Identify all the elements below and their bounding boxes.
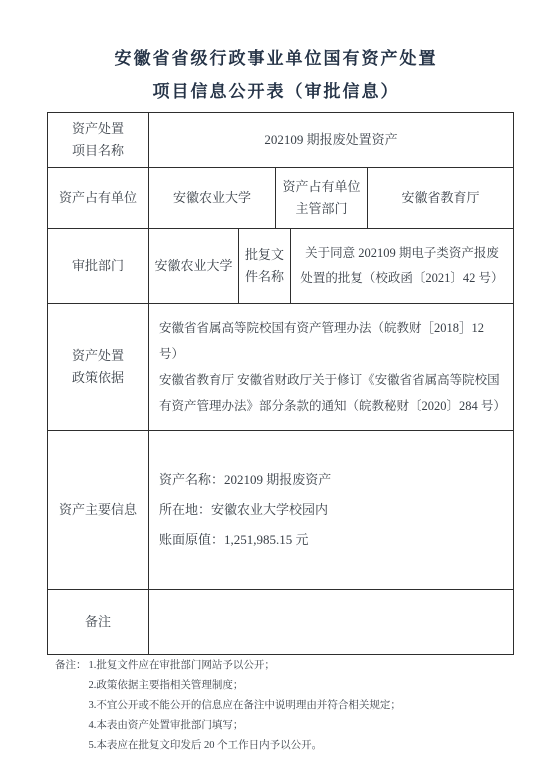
table-row-asset-info: 资产主要信息 资产名称：202109 期报废资产 所在地：安徽农业大学校园内 账…: [48, 431, 514, 590]
footnote-item: 4.本表由资产处置审批部门填写；: [89, 716, 401, 736]
disclosure-table: 资产处置 项目名称 202109 期报废处置资产 资产占有单位 安徽农业大学 资…: [47, 112, 514, 655]
holding-unit-label: 资产占有单位: [48, 168, 149, 229]
table-row-project-name: 资产处置 项目名称 202109 期报废处置资产: [48, 113, 514, 168]
remarks-label: 备注: [48, 590, 149, 655]
supervising-dept-value: 安徽省教育厅: [368, 168, 514, 229]
asset-info-value: 资产名称：202109 期报废资产 所在地：安徽农业大学校园内 账面原值：1,2…: [149, 431, 514, 590]
footnote-item: 1.批复文件应在审批部门网站予以公开；: [89, 656, 401, 676]
table-row-holding-unit: 资产占有单位 安徽农业大学 资产占有单位 主管部门 安徽省教育厅: [48, 168, 514, 229]
supervising-dept-label: 资产占有单位 主管部门: [276, 168, 368, 229]
policy-basis-value: 安徽省省属高等院校国有资产管理办法（皖教财［2018］12 号） 安徽省教育厅 …: [149, 304, 514, 431]
asset-location-line: 所在地：安徽农业大学校园内: [159, 503, 328, 517]
document-title: 安徽省省级行政事业单位国有资产处置 项目信息公开表（审批信息）: [0, 0, 552, 108]
document-title-line1: 安徽省省级行政事业单位国有资产处置: [0, 42, 552, 75]
table-row-remarks: 备注: [48, 590, 514, 655]
footnote-item: 2.政策依据主要指相关管理制度；: [89, 676, 401, 696]
remarks-value: [149, 590, 514, 655]
table-row-approval: 审批部门 安徽农业大学 批复文 件名称 关于同意 202109 期电子类资产报废…: [48, 229, 514, 304]
footnotes-label: 备注：: [55, 656, 89, 756]
asset-info-label: 资产主要信息: [48, 431, 149, 590]
asset-book-value-line: 账面原值：1,251,985.15 元: [159, 533, 309, 547]
footnote-item: 5.本表应在批复文印发后 20 个工作日内予以公开。: [89, 736, 401, 756]
holding-unit-value: 安徽农业大学: [149, 168, 276, 229]
project-name-label: 资产处置 项目名称: [48, 113, 149, 168]
approval-dept-label: 审批部门: [48, 229, 149, 304]
asset-name-line: 资产名称：202109 期报废资产: [159, 473, 331, 487]
footnotes-list: 1.批复文件应在审批部门网站予以公开； 2.政策依据主要指相关管理制度； 3.不…: [89, 656, 401, 756]
project-name-value: 202109 期报废处置资产: [149, 113, 514, 168]
policy-basis-label: 资产处置 政策依据: [48, 304, 149, 431]
footnote-item: 3.不宜公开或不能公开的信息应在备注中说明理由并符合相关规定；: [89, 696, 401, 716]
approval-doc-value: 关于同意 202109 期电子类资产报废处置的批复（校政函〔2021〕42 号）: [291, 229, 514, 304]
approval-dept-value: 安徽农业大学: [149, 229, 239, 304]
footnotes: 备注： 1.批复文件应在审批部门网站予以公开； 2.政策依据主要指相关管理制度；…: [55, 656, 401, 756]
document-title-line2: 项目信息公开表（审批信息）: [0, 75, 552, 108]
approval-doc-label: 批复文 件名称: [239, 229, 291, 304]
table-row-policy: 资产处置 政策依据 安徽省省属高等院校国有资产管理办法（皖教财［2018］12 …: [48, 304, 514, 431]
document-page: 安徽省省级行政事业单位国有资产处置 项目信息公开表（审批信息） 资产处置 项目名…: [0, 0, 552, 775]
